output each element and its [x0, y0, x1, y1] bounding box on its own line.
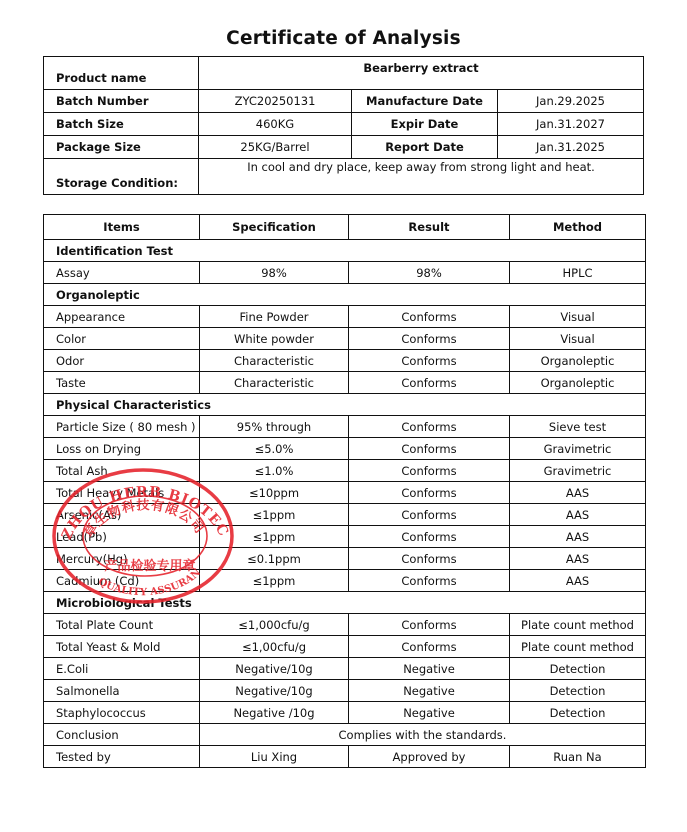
table-row: Arsenic(As)≤1ppmConformsAAS — [44, 504, 646, 526]
method-cell: HPLC — [510, 262, 646, 284]
product-name-row: Product name Bearberry extract — [44, 57, 644, 90]
results-table: Items Specification Result Method Identi… — [43, 214, 646, 768]
specification-cell: ≤1ppm — [200, 570, 349, 592]
result-cell: Conforms — [349, 570, 510, 592]
method-cell: Visual — [510, 328, 646, 350]
method-cell: Gravimetric — [510, 460, 646, 482]
method-cell: Plate count method — [510, 614, 646, 636]
method-cell: Organoleptic — [510, 350, 646, 372]
specification-cell: ≤1,000cfu/g — [200, 614, 349, 636]
method-cell: AAS — [510, 570, 646, 592]
product-name-label: Product name — [44, 57, 199, 90]
batch-number-row: Batch Number ZYC20250131 Manufacture Dat… — [44, 90, 644, 113]
method-cell: Gravimetric — [510, 438, 646, 460]
result-cell: Conforms — [349, 526, 510, 548]
table-row: Cadmium (Cd)≤1ppmConformsAAS — [44, 570, 646, 592]
expir-date-value: Jan.31.2027 — [498, 113, 644, 136]
result-cell: Conforms — [349, 416, 510, 438]
item-cell: Total Plate Count — [44, 614, 200, 636]
table-row: Particle Size ( 80 mesh )95% throughConf… — [44, 416, 646, 438]
result-cell: Negative — [349, 702, 510, 724]
section-title: Identification Test — [44, 240, 646, 262]
table-row: ColorWhite powderConformsVisual — [44, 328, 646, 350]
table-row: AppearanceFine PowderConformsVisual — [44, 306, 646, 328]
result-cell: Conforms — [349, 504, 510, 526]
item-cell: Mercury(Hg) — [44, 548, 200, 570]
conclusion-value: Complies with the standards. — [200, 724, 646, 746]
batch-size-row: Batch Size 460KG Expir Date Jan.31.2027 — [44, 113, 644, 136]
item-cell: Loss on Drying — [44, 438, 200, 460]
table-row: Lead(Pb)≤1ppmConformsAAS — [44, 526, 646, 548]
table-row: Total Ash≤1.0%ConformsGravimetric — [44, 460, 646, 482]
table-row: Total Plate Count≤1,000cfu/gConformsPlat… — [44, 614, 646, 636]
tested-by-label: Tested by — [44, 746, 200, 768]
item-cell: Appearance — [44, 306, 200, 328]
specification-cell: Negative/10g — [200, 658, 349, 680]
specification-cell: Fine Powder — [200, 306, 349, 328]
table-row: Mercury(Hg)≤0.1ppmConformsAAS — [44, 548, 646, 570]
result-cell: Conforms — [349, 614, 510, 636]
specification-cell: ≤1.0% — [200, 460, 349, 482]
item-cell: Lead(Pb) — [44, 526, 200, 548]
signature-row: Tested byLiu XingApproved byRuan Na — [44, 746, 646, 768]
method-cell: AAS — [510, 504, 646, 526]
result-cell: Conforms — [349, 372, 510, 394]
batch-number-value: ZYC20250131 — [199, 90, 352, 113]
storage-condition-value: In cool and dry place, keep away from st… — [199, 159, 644, 195]
result-cell: Conforms — [349, 350, 510, 372]
package-size-value: 25KG/Barrel — [199, 136, 352, 159]
report-date-label: Report Date — [352, 136, 498, 159]
batch-size-label: Batch Size — [44, 113, 199, 136]
section-title: Organoleptic — [44, 284, 646, 306]
item-cell: Assay — [44, 262, 200, 284]
storage-row: Storage Condition: In cool and dry place… — [44, 159, 644, 195]
item-cell: Particle Size ( 80 mesh ) — [44, 416, 200, 438]
header-result: Result — [349, 215, 510, 240]
item-cell: Total Heavy Metals — [44, 482, 200, 504]
conclusion-row: ConclusionComplies with the standards. — [44, 724, 646, 746]
approved-by-label: Approved by — [349, 746, 510, 768]
section-header-row: Identification Test — [44, 240, 646, 262]
result-cell: Conforms — [349, 482, 510, 504]
specification-cell: Negative/10g — [200, 680, 349, 702]
manufacture-date-label: Manufacture Date — [352, 90, 498, 113]
batch-number-label: Batch Number — [44, 90, 199, 113]
product-info-table: Product name Bearberry extract Batch Num… — [43, 56, 644, 195]
specification-cell: ≤1ppm — [200, 504, 349, 526]
storage-condition-label: Storage Condition: — [44, 159, 199, 195]
result-cell: Negative — [349, 658, 510, 680]
specification-cell: 98% — [200, 262, 349, 284]
method-cell: Detection — [510, 680, 646, 702]
item-cell: Odor — [44, 350, 200, 372]
item-cell: Arsenic(As) — [44, 504, 200, 526]
method-cell: AAS — [510, 482, 646, 504]
specification-cell: ≤10ppm — [200, 482, 349, 504]
item-cell: Cadmium (Cd) — [44, 570, 200, 592]
table-row: StaphylococcusNegative /10gNegativeDetec… — [44, 702, 646, 724]
table-row: OdorCharacteristicConformsOrganoleptic — [44, 350, 646, 372]
result-cell: Conforms — [349, 328, 510, 350]
result-cell: Conforms — [349, 460, 510, 482]
section-header-row: Microbiological Tests — [44, 592, 646, 614]
section-title: Microbiological Tests — [44, 592, 646, 614]
method-cell: AAS — [510, 548, 646, 570]
tested-by-value: Liu Xing — [200, 746, 349, 768]
item-cell: Total Yeast & Mold — [44, 636, 200, 658]
page-title: Certificate of Analysis — [0, 28, 687, 49]
result-cell: Conforms — [349, 636, 510, 658]
method-cell: Sieve test — [510, 416, 646, 438]
result-cell: Conforms — [349, 306, 510, 328]
package-size-label: Package Size — [44, 136, 199, 159]
table-row: Total Yeast & Mold≤1,00cfu/gConformsPlat… — [44, 636, 646, 658]
specification-cell: Negative /10g — [200, 702, 349, 724]
batch-size-value: 460KG — [199, 113, 352, 136]
item-cell: Taste — [44, 372, 200, 394]
specification-cell: Characteristic — [200, 372, 349, 394]
header-items: Items — [44, 215, 200, 240]
method-cell: AAS — [510, 526, 646, 548]
method-cell: Plate count method — [510, 636, 646, 658]
expir-date-label: Expir Date — [352, 113, 498, 136]
item-cell: Color — [44, 328, 200, 350]
conclusion-label: Conclusion — [44, 724, 200, 746]
product-name-value: Bearberry extract — [199, 57, 644, 90]
item-cell: E.Coli — [44, 658, 200, 680]
approved-by-value: Ruan Na — [510, 746, 646, 768]
header-method: Method — [510, 215, 646, 240]
specification-cell: ≤1,00cfu/g — [200, 636, 349, 658]
method-cell: Detection — [510, 658, 646, 680]
specification-cell: ≤1ppm — [200, 526, 349, 548]
result-cell: 98% — [349, 262, 510, 284]
specification-cell: 95% through — [200, 416, 349, 438]
method-cell: Organoleptic — [510, 372, 646, 394]
report-date-value: Jan.31.2025 — [498, 136, 644, 159]
table-row: E.ColiNegative/10gNegativeDetection — [44, 658, 646, 680]
specification-cell: White powder — [200, 328, 349, 350]
item-cell: Staphylococcus — [44, 702, 200, 724]
table-row: SalmonellaNegative/10gNegativeDetection — [44, 680, 646, 702]
specification-cell: ≤5.0% — [200, 438, 349, 460]
package-size-row: Package Size 25KG/Barrel Report Date Jan… — [44, 136, 644, 159]
item-cell: Total Ash — [44, 460, 200, 482]
header-specification: Specification — [200, 215, 349, 240]
result-cell: Conforms — [349, 438, 510, 460]
method-cell: Detection — [510, 702, 646, 724]
section-header-row: Physical Characteristics — [44, 394, 646, 416]
specification-cell: ≤0.1ppm — [200, 548, 349, 570]
results-header-row: Items Specification Result Method — [44, 215, 646, 240]
manufacture-date-value: Jan.29.2025 — [498, 90, 644, 113]
section-header-row: Organoleptic — [44, 284, 646, 306]
table-row: Loss on Drying≤5.0%ConformsGravimetric — [44, 438, 646, 460]
table-row: TasteCharacteristicConformsOrganoleptic — [44, 372, 646, 394]
table-row: Total Heavy Metals≤10ppmConformsAAS — [44, 482, 646, 504]
specification-cell: Characteristic — [200, 350, 349, 372]
section-title: Physical Characteristics — [44, 394, 646, 416]
table-row: Assay98%98%HPLC — [44, 262, 646, 284]
method-cell: Visual — [510, 306, 646, 328]
item-cell: Salmonella — [44, 680, 200, 702]
result-cell: Negative — [349, 680, 510, 702]
result-cell: Conforms — [349, 548, 510, 570]
